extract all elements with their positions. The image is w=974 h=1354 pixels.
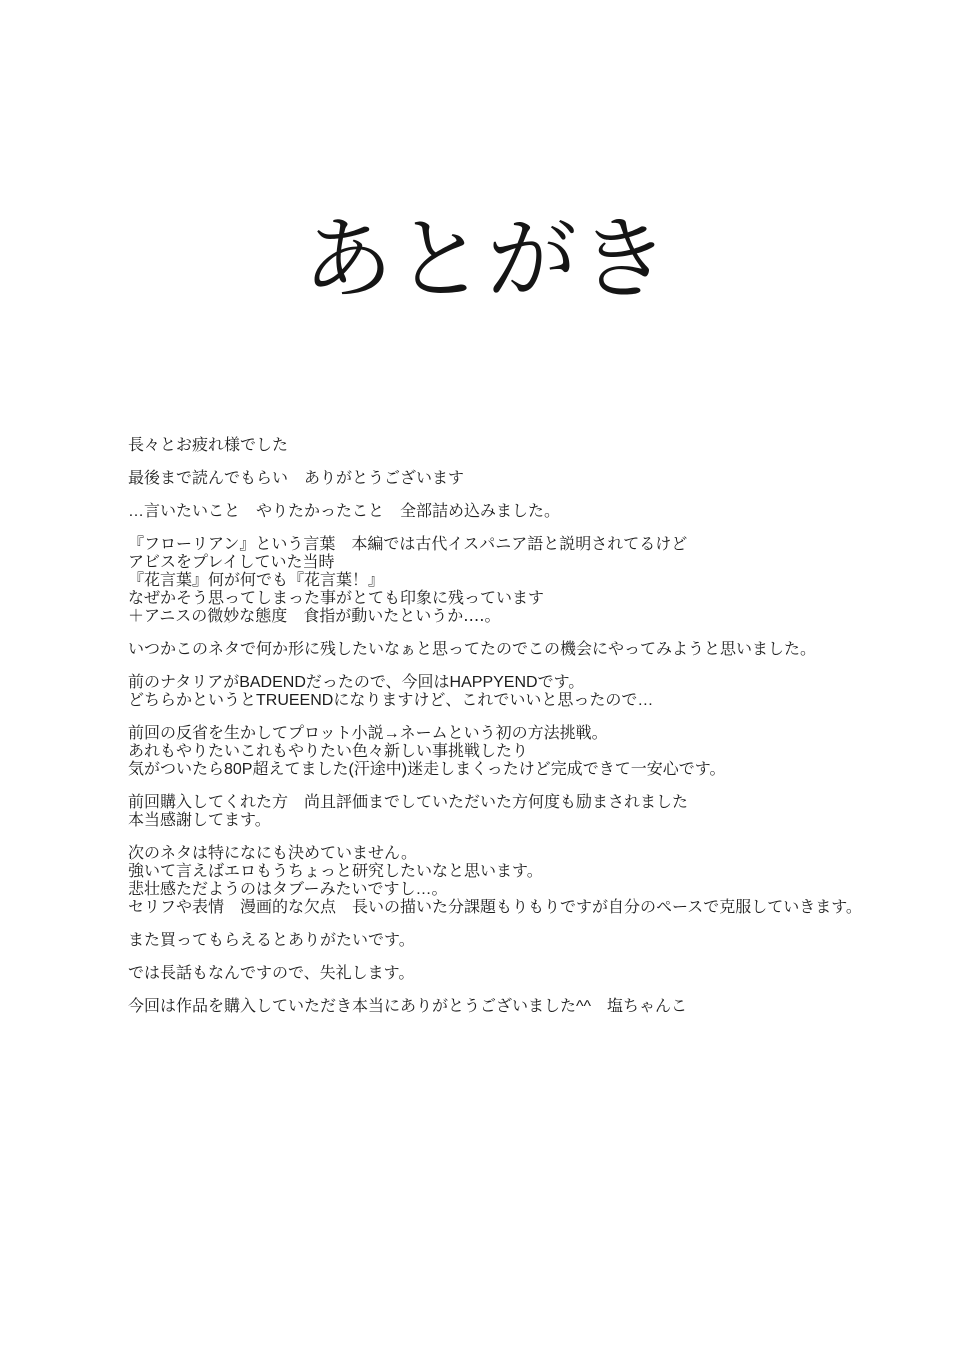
text-line: いつかこのネタで何か形に残したいなぁと思ってたのでこの機会にやってみようと思いま… [128,641,816,658]
paragraph: 次のネタは特になにも決めていません。強いて言えばエロもうちょっと研究したいなと思… [128,845,928,917]
paragraph: …言いたいこと やりたかったこと 全部詰め込みました。 [128,503,928,521]
text-line: …言いたいこと やりたかったこと 全部詰め込みました。 [128,503,560,520]
text-line: 強いて言えばエロもうちょっと研究したいなと思います。 [128,863,543,880]
afterword-page: あとがき 長々とお疲れ様でした最後まで読んでもらい ありがとうございます…言いた… [0,0,974,1354]
text-line: 気がついたら80P超えてました(汗途中)迷走しまくったけど完成できて一安心です。 [128,761,726,778]
text-line: ＋アニスの微妙な態度 食指が動いたというか‥‥。 [128,608,501,625]
paragraph: 前のナタリアがBADENDだったので、今回はHAPPYENDです。どちらかという… [128,674,928,710]
text-line: 前回購入してくれた方 尚且評価までしていただいた方何度も励まされました [128,794,688,811]
text-line: また買ってもらえるとありがたいです。 [128,932,415,949]
text-line: では長話もなんですので、失礼します。 [128,965,414,982]
text-line: 前のナタリアがBADENDだったので、今回はHAPPYENDです。 [128,674,584,691]
text-line: 今回は作品を購入していただき本当にありがとうございました^^ 塩ちゃんこ [128,998,687,1015]
paragraph: では長話もなんですので、失礼します。 [128,965,928,983]
paragraph: 前回購入してくれた方 尚且評価までしていただいた方何度も励まされました本当感謝し… [128,794,928,830]
text-line: なぜかそう思ってしまった事がとても印象に残っています [128,590,544,607]
paragraph: 最後まで読んでもらい ありがとうございます [128,470,928,488]
text-line: セリフや表情 漫画的な欠点 長いの描いた分課題もりもりですが自分のペースで克服し… [128,899,862,916]
paragraph: 『フローリアン』という言葉 本編では古代イスパニア語と説明されてるけどアビスをプ… [128,536,928,626]
paragraph: 前回の反省を生かしてプロット小説→ネームという初の方法挑戦。あれもやりたいこれも… [128,725,928,779]
text-line: 次のネタは特になにも決めていません。 [128,845,417,862]
text-line: あれもやりたいこれもやりたい色々新しい事挑戦したり [128,743,528,760]
page-title: あとがき [0,206,974,314]
text-line: アビスをプレイしていた当時 [128,554,335,571]
text-line: 長々とお疲れ様でした [128,437,288,454]
paragraph: 長々とお疲れ様でした [128,437,928,455]
text-line: 『花言葉』何が何でも『花言葉！』 [128,572,384,589]
text-line: 前回の反省を生かしてプロット小説→ネームという初の方法挑戦。 [128,725,608,742]
paragraph: 今回は作品を購入していただき本当にありがとうございました^^ 塩ちゃんこ [128,998,928,1016]
text-line: 悲壮感ただようのはタブーみたいですし…。 [128,881,448,898]
afterword-body: 長々とお疲れ様でした最後まで読んでもらい ありがとうございます…言いたいこと や… [128,437,928,1031]
text-line: 本当感謝してます。 [128,812,271,829]
paragraph: いつかこのネタで何か形に残したいなぁと思ってたのでこの機会にやってみようと思いま… [128,641,928,659]
text-line: 最後まで読んでもらい ありがとうございます [128,470,464,487]
text-line: どちらかというとTRUEENDになりますけど、これでいいと思ったので… [128,692,653,709]
paragraph: また買ってもらえるとありがたいです。 [128,932,928,950]
text-line: 『フローリアン』という言葉 本編では古代イスパニア語と説明されてるけど [128,536,687,553]
